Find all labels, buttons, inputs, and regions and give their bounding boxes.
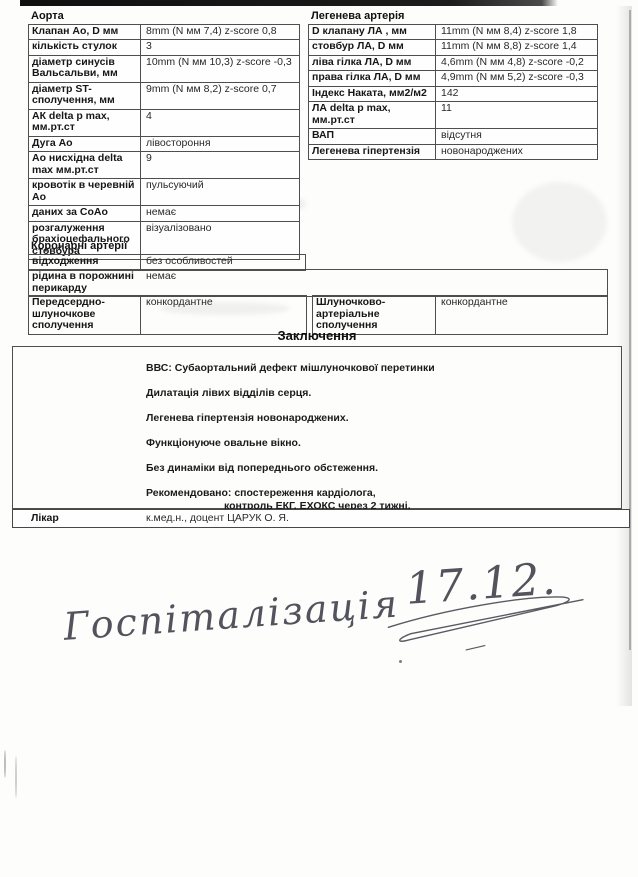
conclusion-title: Заключення [12, 330, 622, 342]
row-label: Легенева гіпертензія [309, 145, 436, 160]
table-row: Ао нисхідна delta max мм.рт.ст 9 [29, 152, 299, 179]
row-label: діаметр синусів Вальсальви, мм [29, 56, 141, 82]
table-row: D клапану ЛА , мм 11mm (N мм 8,4) z-scor… [309, 25, 597, 41]
scan-edge-artifact-top [20, 0, 558, 6]
aorta-table: Аорта Клапан Ао, D мм 8mm (N мм 7,4) z-s… [28, 11, 300, 260]
row-label: АК delta p max, мм.рт.ст [29, 110, 141, 136]
row-value: 11mm (N мм 8,8) z-score 1,4 [436, 40, 597, 55]
row-value: конкордантне [436, 296, 607, 334]
row-label: ВАП [309, 129, 436, 144]
row-label: стовбур ЛА, D мм [309, 40, 436, 55]
table-row: кровотік в черевній Ао пульсуючий [29, 179, 299, 206]
table-row: ВАП відсутня [309, 129, 597, 145]
row-value: відсутня [436, 129, 597, 144]
row-value: 4 [141, 110, 299, 136]
handwritten-note: Госпіталізація 17.12. [35, 540, 605, 680]
table-row: стовбур ЛА, D мм 11mm (N мм 8,8) z-score… [309, 40, 597, 56]
table-row: ЛА delta p max, мм.рт.ст 11 [309, 102, 597, 129]
conclusion-line: Без динаміки від попереднього обстеження… [146, 462, 611, 474]
row-value: без особливостей [141, 255, 305, 270]
row-value: новонароджених [436, 145, 597, 160]
scan-edge-line-right [629, 10, 631, 650]
table-row: Легенева гіпертензія новонароджених [309, 145, 597, 161]
table-row: ліва гілка ЛА, D мм 4,6mm (N мм 4,8) z-s… [309, 56, 597, 72]
row-value: 10mm (N мм 10,3) z-score -0,3 [141, 56, 299, 82]
doctor-row: Лікар к.мед.н., доцент ЦАРУК О. Я. [12, 509, 630, 528]
row-label: D клапану ЛА , мм [309, 25, 436, 40]
row-value: 11 [436, 102, 597, 128]
row-label: Індекс Наката, мм2/м2 [309, 87, 436, 102]
aorta-table-title: Аорта [31, 11, 300, 23]
row-value: 9mm (N мм 8,2) z-score 0,7 [141, 83, 299, 109]
conclusion-line: Легенева гіпертензія новонароджених. [146, 412, 611, 424]
recommendation-line: Рекомендовано: спостереження кардіолога, [146, 487, 611, 499]
conclusion-line: ВВС: Субаортальний дефект мішлуночкової … [146, 362, 611, 374]
row-label: відходження [29, 255, 141, 270]
conclusion-box: ВВС: Субаортальний дефект мішлуночкової … [12, 346, 622, 509]
row-value: 11mm (N мм 8,4) z-score 1,8 [436, 25, 597, 40]
scanned-echo-report-page: Аорта Клапан Ао, D мм 8mm (N мм 7,4) z-s… [0, 0, 638, 877]
table-row: Дуга Ао лівостороння [29, 137, 299, 153]
row-label: ЛА delta p max, мм.рт.ст [309, 102, 436, 128]
pulmonary-artery-table: Легенева артерія D клапану ЛА , мм 11mm … [308, 11, 598, 160]
handwritten-dash [466, 646, 485, 650]
row-value: лівостороння [141, 137, 299, 152]
row-value: 9 [141, 152, 299, 178]
row-value: 142 [436, 87, 597, 102]
table-row: даних за СоАо немає [29, 206, 299, 222]
row-value: 8mm (N мм 7,4) z-score 0,8 [141, 25, 299, 40]
table-row: права гілка ЛА, D мм 4,9mm (N мм 5,2) z-… [309, 71, 597, 87]
row-label: Клапан Ао, D мм [29, 25, 141, 40]
row-value: немає [141, 270, 607, 296]
row-label: діаметр ST-сполучення, мм [29, 83, 141, 109]
row-label: кількість стулок [29, 40, 141, 55]
table-row: кількість стулок 3 [29, 40, 299, 56]
row-label: кровотік в черевній Ао [29, 179, 141, 205]
handwritten-word: Госпіталізація [61, 582, 400, 649]
ventriculoarterial-connection-box: Шлуночково-артеріальне сполучення конкор… [312, 295, 608, 335]
pulmonary-table-title: Легенева артерія [311, 11, 598, 23]
conclusion-line: Дилатація лівих відділів серця. [146, 387, 611, 399]
pericardium-fluid-row: рідина в порожнині перикарду немає [28, 269, 608, 297]
row-label: даних за СоАо [29, 206, 141, 221]
table-row: діаметр ST-сполучення, мм 9mm (N мм 8,2)… [29, 83, 299, 110]
scan-noise-mark [4, 750, 6, 778]
doctor-name: к.мед.н., доцент ЦАРУК О. Я. [146, 513, 625, 525]
scan-noise-smudge [512, 182, 607, 262]
table-row: Індекс Наката, мм2/м2 142 [309, 87, 597, 103]
row-value: пульсуючий [141, 179, 299, 205]
conclusion-line: Функціонуюче овальне вікно. [146, 437, 611, 449]
row-label: Передсердно-шлуночкове сполучення [29, 296, 141, 334]
coronary-section-title: Коронарні артерії [31, 241, 127, 253]
row-value: 4,9mm (N мм 5,2) z-score -0,3 [436, 71, 597, 86]
atrioventricular-connection-box: Передсердно-шлуночкове сполучення конкор… [28, 295, 307, 335]
row-value: 4,6mm (N мм 4,8) z-score -0,2 [436, 56, 597, 71]
doctor-label: Лікар [31, 513, 146, 525]
row-label: ліва гілка ЛА, D мм [309, 56, 436, 71]
row-label: права гілка ЛА, D мм [309, 71, 436, 86]
table-row: АК delta p max, мм.рт.ст 4 [29, 110, 299, 137]
table-row: діаметр синусів Вальсальви, мм 10mm (N м… [29, 56, 299, 83]
table-row: Клапан Ао, D мм 8mm (N мм 7,4) z-score 0… [29, 25, 299, 41]
row-value: 3 [141, 40, 299, 55]
row-value: немає [141, 206, 299, 221]
row-label: рідина в порожнині перикарду [29, 270, 141, 296]
scan-noise-mark [15, 756, 17, 798]
row-label: Дуга Ао [29, 137, 141, 152]
row-label: Ао нисхідна delta max мм.рт.ст [29, 152, 141, 178]
